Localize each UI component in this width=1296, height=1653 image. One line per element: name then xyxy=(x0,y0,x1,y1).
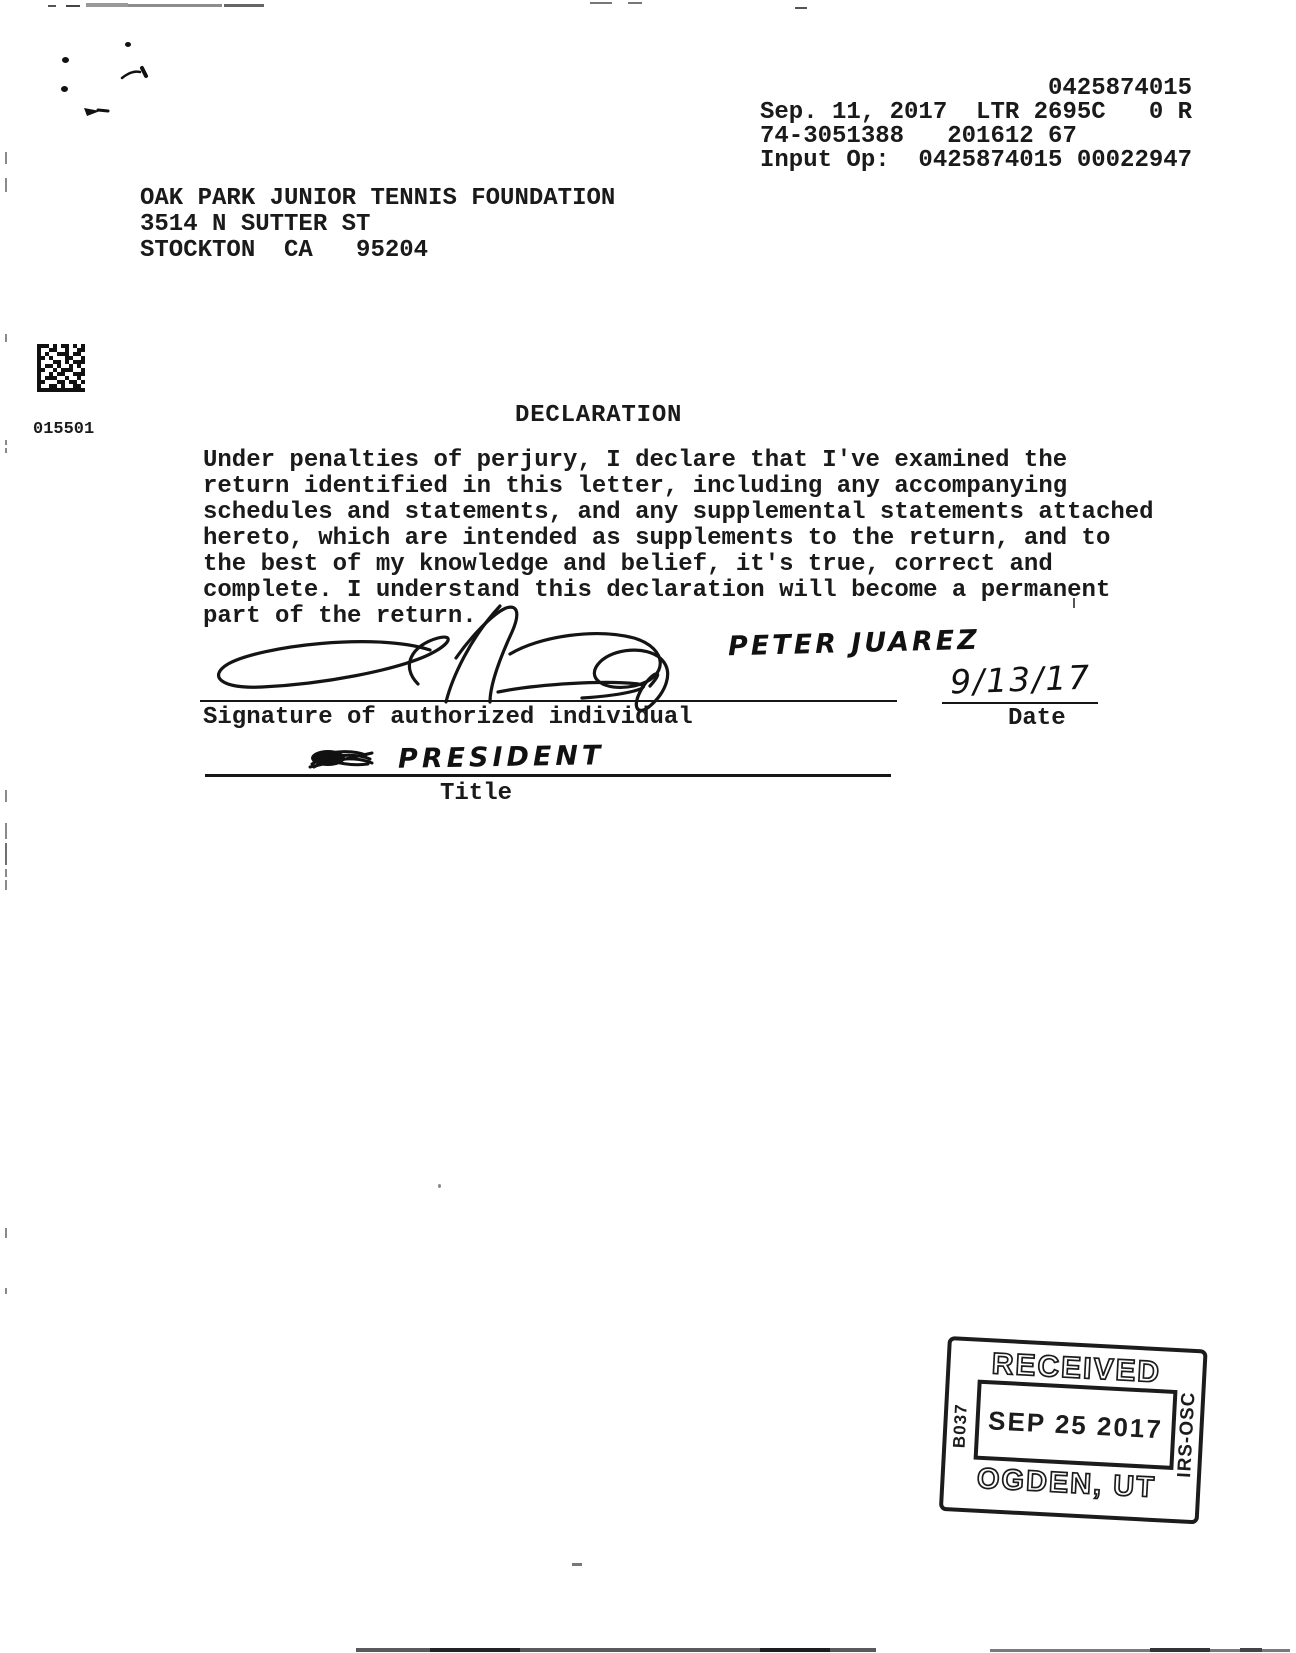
recipient-city-line: STOCKTON CA 95204 xyxy=(140,238,428,264)
title-label: Title xyxy=(440,781,512,807)
data-matrix-barcode xyxy=(37,344,85,392)
recipient-name: OAK PARK JUNIOR TENNIS FOUNDATION xyxy=(140,186,615,212)
stamp-date-box: SEP 25 2017 xyxy=(974,1380,1178,1470)
date-line xyxy=(942,702,1098,704)
handwritten-title: PRESIDENT xyxy=(398,740,605,775)
declaration-heading: DECLARATION xyxy=(515,403,682,429)
handwritten-date: 9/13/17 xyxy=(949,658,1091,702)
title-line xyxy=(205,774,891,777)
stamp-location-label: OGDEN, UT xyxy=(976,1463,1157,1504)
stamp-date: SEP 25 2017 xyxy=(987,1405,1163,1445)
stamp-left-code: B037 xyxy=(949,1402,971,1448)
stamp-right-code-wrap: IRS-OSC xyxy=(1172,1376,1202,1492)
received-stamp: RECEIVED SEP 25 2017 OGDEN, UT B037 IRS-… xyxy=(939,1336,1208,1524)
input-op-line: Input Op: 0425874015 00022947 xyxy=(760,148,1192,174)
signature-line xyxy=(200,700,897,702)
stamp-right-code: IRS-OSC xyxy=(1174,1391,1200,1478)
crossed-out-word-scribble xyxy=(308,745,382,771)
pen-scratch-marks xyxy=(80,62,160,122)
signer-printed-name: PETER JUAREZ xyxy=(728,625,980,663)
barcode-label: 015501 xyxy=(33,420,94,439)
recipient-street: 3514 N SUTTER ST xyxy=(140,212,370,238)
date-label: Date xyxy=(1008,706,1066,732)
signature-line-label: Signature of authorized individual xyxy=(203,705,693,731)
